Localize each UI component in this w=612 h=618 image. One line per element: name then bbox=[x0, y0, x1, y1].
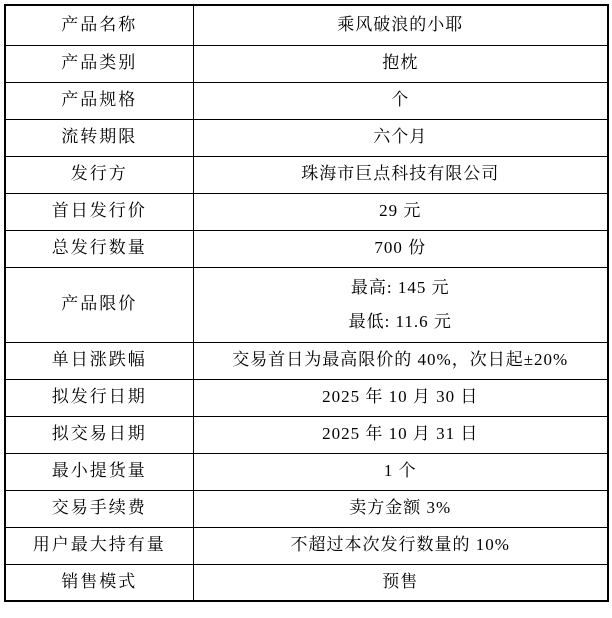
table-row-total-issuance: 总发行数量 700 份 bbox=[5, 230, 608, 267]
row-value: 2025 年 10 月 30 日 bbox=[193, 379, 608, 416]
product-info-table: 产品名称 乘风破浪的小耶 产品类别 抱枕 产品规格 个 流转期限 六个月 发行方… bbox=[4, 4, 609, 602]
table-row-transaction-fee: 交易手续费 卖方金额 3% bbox=[5, 490, 608, 527]
table-row-product-spec: 产品规格 个 bbox=[5, 82, 608, 119]
row-label: 交易手续费 bbox=[5, 490, 193, 527]
table-row-min-pickup: 最小提货量 1 个 bbox=[5, 453, 608, 490]
row-label: 单日涨跌幅 bbox=[5, 342, 193, 379]
row-value: 抱枕 bbox=[193, 45, 608, 82]
table-row-planned-trade-date: 拟交易日期 2025 年 10 月 31 日 bbox=[5, 416, 608, 453]
row-label: 发行方 bbox=[5, 156, 193, 193]
row-label: 拟交易日期 bbox=[5, 416, 193, 453]
row-value: 个 bbox=[193, 82, 608, 119]
price-limit-min: 最低: 11.6 元 bbox=[194, 305, 608, 339]
row-label: 产品类别 bbox=[5, 45, 193, 82]
row-value: 交易首日为最高限价的 40%，次日起±20% bbox=[193, 342, 608, 379]
row-value: 2025 年 10 月 31 日 bbox=[193, 416, 608, 453]
price-limit-max: 最高: 145 元 bbox=[194, 271, 608, 305]
row-value: 700 份 bbox=[193, 230, 608, 267]
table-row-max-user-holding: 用户最大持有量 不超过本次发行数量的 10% bbox=[5, 527, 608, 564]
table-row-product-name: 产品名称 乘风破浪的小耶 bbox=[5, 5, 608, 45]
table-row-product-category: 产品类别 抱枕 bbox=[5, 45, 608, 82]
row-label: 销售模式 bbox=[5, 564, 193, 601]
row-label: 总发行数量 bbox=[5, 230, 193, 267]
row-value: 乘风破浪的小耶 bbox=[193, 5, 608, 45]
table-row-issuer: 发行方 珠海市巨点科技有限公司 bbox=[5, 156, 608, 193]
row-value: 珠海市巨点科技有限公司 bbox=[193, 156, 608, 193]
row-label: 流转期限 bbox=[5, 119, 193, 156]
row-label: 拟发行日期 bbox=[5, 379, 193, 416]
row-value: 卖方金额 3% bbox=[193, 490, 608, 527]
row-label: 产品限价 bbox=[5, 267, 193, 342]
row-value: 1 个 bbox=[193, 453, 608, 490]
document-page: 产品名称 乘风破浪的小耶 产品类别 抱枕 产品规格 个 流转期限 六个月 发行方… bbox=[0, 0, 612, 618]
table-row-planned-issue-date: 拟发行日期 2025 年 10 月 30 日 bbox=[5, 379, 608, 416]
row-label: 产品规格 bbox=[5, 82, 193, 119]
row-value: 预售 bbox=[193, 564, 608, 601]
row-value: 六个月 bbox=[193, 119, 608, 156]
row-value: 29 元 bbox=[193, 193, 608, 230]
table-row-daily-fluctuation: 单日涨跌幅 交易首日为最高限价的 40%，次日起±20% bbox=[5, 342, 608, 379]
row-label: 最小提货量 bbox=[5, 453, 193, 490]
table-row-sales-mode: 销售模式 预售 bbox=[5, 564, 608, 601]
table-row-first-day-price: 首日发行价 29 元 bbox=[5, 193, 608, 230]
row-label: 首日发行价 bbox=[5, 193, 193, 230]
row-value: 最高: 145 元 最低: 11.6 元 bbox=[193, 267, 608, 342]
row-value: 不超过本次发行数量的 10% bbox=[193, 527, 608, 564]
row-label: 产品名称 bbox=[5, 5, 193, 45]
table-row-price-limit: 产品限价 最高: 145 元 最低: 11.6 元 bbox=[5, 267, 608, 342]
row-label: 用户最大持有量 bbox=[5, 527, 193, 564]
table-row-circulation-period: 流转期限 六个月 bbox=[5, 119, 608, 156]
